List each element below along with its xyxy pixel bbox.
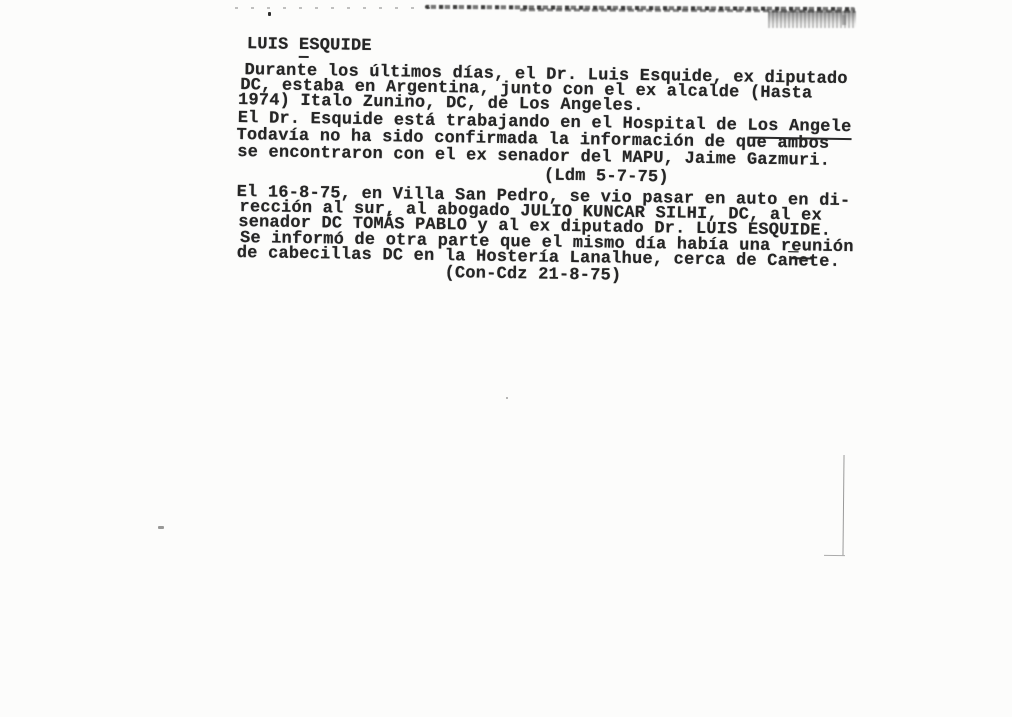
p2-line-5-overlined-n: n bbox=[788, 252, 799, 271]
paper-edge-right-line bbox=[842, 455, 844, 556]
scan-speck-center bbox=[506, 397, 508, 399]
scan-noise-dot bbox=[268, 12, 271, 16]
heading-text: LUIS bbox=[247, 35, 299, 55]
typewritten-text-block: LUIS ESQUIDE Durante los últimos días, e… bbox=[234, 37, 898, 327]
paper-edge-corner-foot bbox=[824, 555, 845, 556]
scan-noise-faint-streak bbox=[235, 7, 430, 9]
heading-text-rest: SQUIDE bbox=[309, 36, 372, 56]
scanned-document-page: LUIS ESQUIDE Durante los últimos días, e… bbox=[0, 0, 1012, 717]
p2-line-5-text-rest: ete. bbox=[798, 252, 840, 272]
document-heading: LUIS ESQUIDE bbox=[247, 37, 372, 54]
p2-citation: (Con-Cdz 21-8-75) bbox=[444, 266, 621, 284]
scan-noise-dot-right bbox=[842, 15, 846, 25]
scan-speck-left bbox=[158, 526, 164, 529]
p1-citation: (Ldm 5-7-75) bbox=[544, 169, 669, 186]
